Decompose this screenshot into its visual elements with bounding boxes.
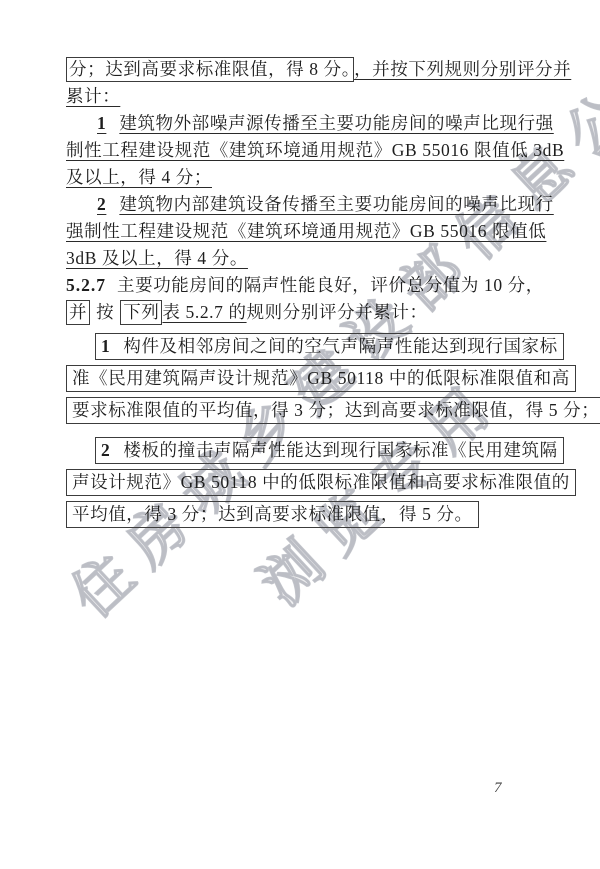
clause-text: 按 [96, 302, 114, 322]
line-continued-score-rule: 分；达到高要求标准限值，得 8 分。，并按下列规则分别评分并 [66, 56, 538, 83]
deleted-text-box: 下列 [120, 300, 162, 325]
boxed-line: 准《民用建筑隔声设计规范》GB 50118 中的低限标准限值和高 [66, 365, 576, 392]
table-item-1: 1构件及相邻房间之间的空气声隔声性能达到现行国家标 准《民用建筑隔声设计规范》G… [66, 333, 538, 424]
line-rule2-start: 2建筑物内部建筑设备传播至主要功能房间的噪声比现行 [66, 191, 538, 218]
boxed-line: 声设计规范》GB 50118 中的低限标准限值和高要求标准限值的 [66, 469, 576, 496]
deleted-text-box: 分；达到高要求标准限值，得 8 分。 [66, 57, 354, 82]
page-number: 7 [494, 780, 503, 797]
line-clause-527-rules: 并按下列表 5.2.7 的规则分别评分并累计： [66, 299, 538, 326]
boxed-text: 平均值，得 3 分；达到高要求标准限值，得 5 分。 [72, 504, 473, 524]
rule-number: 2 [97, 194, 106, 214]
added-text: 表 5.2.7 的 [162, 302, 246, 322]
added-text: ，并按下列规则分别评分并 [354, 59, 571, 79]
boxed-text: 准《民用建筑隔声设计规范》GB 50118 中的低限标准限值和高 [72, 368, 570, 388]
boxed-line: 1构件及相邻房间之间的空气声隔声性能达到现行国家标 [95, 333, 564, 360]
rule-number: 1 [97, 113, 106, 133]
boxed-text: 构件及相邻房间之间的空气声隔声性能达到现行国家标 [123, 336, 557, 356]
added-text: 3dB 及以上，得 4 分。 [66, 248, 248, 268]
line-clause-527: 5.2.7主要功能房间的隔声性能良好，评价总分值为 10 分， [66, 272, 538, 299]
boxed-line: 平均值，得 3 分；达到高要求标准限值，得 5 分。 [66, 501, 479, 528]
added-text: 制性工程建设规范《建筑环境通用规范》GB 55016 限值低 3dB [66, 140, 564, 160]
clause-text: 规则分别评分并累计： [247, 302, 428, 322]
boxed-text: 楼板的撞击声隔声性能达到现行国家标准《民用建筑隔 [123, 440, 557, 460]
document-page: 住房城乡建设部信息公开 浏览专用 分；达到高要求标准限值，得 8 分。，并按下列… [0, 0, 600, 869]
item-number: 1 [101, 336, 110, 356]
added-text: 强制性工程建设规范《建筑环境通用规范》GB 55016 限值低 [66, 221, 546, 241]
added-text: 累计： [66, 86, 120, 106]
line-rule2-end: 3dB 及以上，得 4 分。 [66, 245, 538, 272]
deleted-text-box: 并 [66, 300, 90, 325]
added-text: 建筑物内部建筑设备传播至主要功能房间的噪声比现行 [119, 194, 553, 214]
line-rule1-middle: 制性工程建设规范《建筑环境通用规范》GB 55016 限值低 3dB [66, 137, 538, 164]
item-number: 2 [101, 440, 110, 460]
boxed-line: 要求标准限值的平均值，得 3 分；达到高要求标准限值，得 5 分； [66, 397, 600, 424]
clause-number: 5.2.7 [66, 275, 106, 295]
table-item-2: 2楼板的撞击声隔声性能达到现行国家标准《民用建筑隔 声设计规范》GB 50118… [66, 437, 538, 528]
line-rule1-start: 1建筑物外部噪声源传播至主要功能房间的噪声比现行强 [66, 110, 538, 137]
added-text: 及以上，得 4 分； [66, 167, 212, 187]
clause-text: 主要功能房间的隔声性能良好，评价总分值为 10 分， [117, 275, 544, 295]
line-rule1-end: 及以上，得 4 分； [66, 164, 538, 191]
line-cumulative-label: 累计： [66, 83, 538, 110]
line-rule2-middle: 强制性工程建设规范《建筑环境通用规范》GB 55016 限值低 [66, 218, 538, 245]
boxed-text: 要求标准限值的平均值，得 3 分；达到高要求标准限值，得 5 分； [72, 400, 599, 420]
boxed-text: 声设计规范》GB 50118 中的低限标准限值和高要求标准限值的 [72, 472, 570, 492]
document-body: 分；达到高要求标准限值，得 8 分。，并按下列规则分别评分并 累计： 1建筑物外… [66, 56, 538, 533]
added-text: 建筑物外部噪声源传播至主要功能房间的噪声比现行强 [119, 113, 553, 133]
boxed-line: 2楼板的撞击声隔声性能达到现行国家标准《民用建筑隔 [95, 437, 564, 464]
